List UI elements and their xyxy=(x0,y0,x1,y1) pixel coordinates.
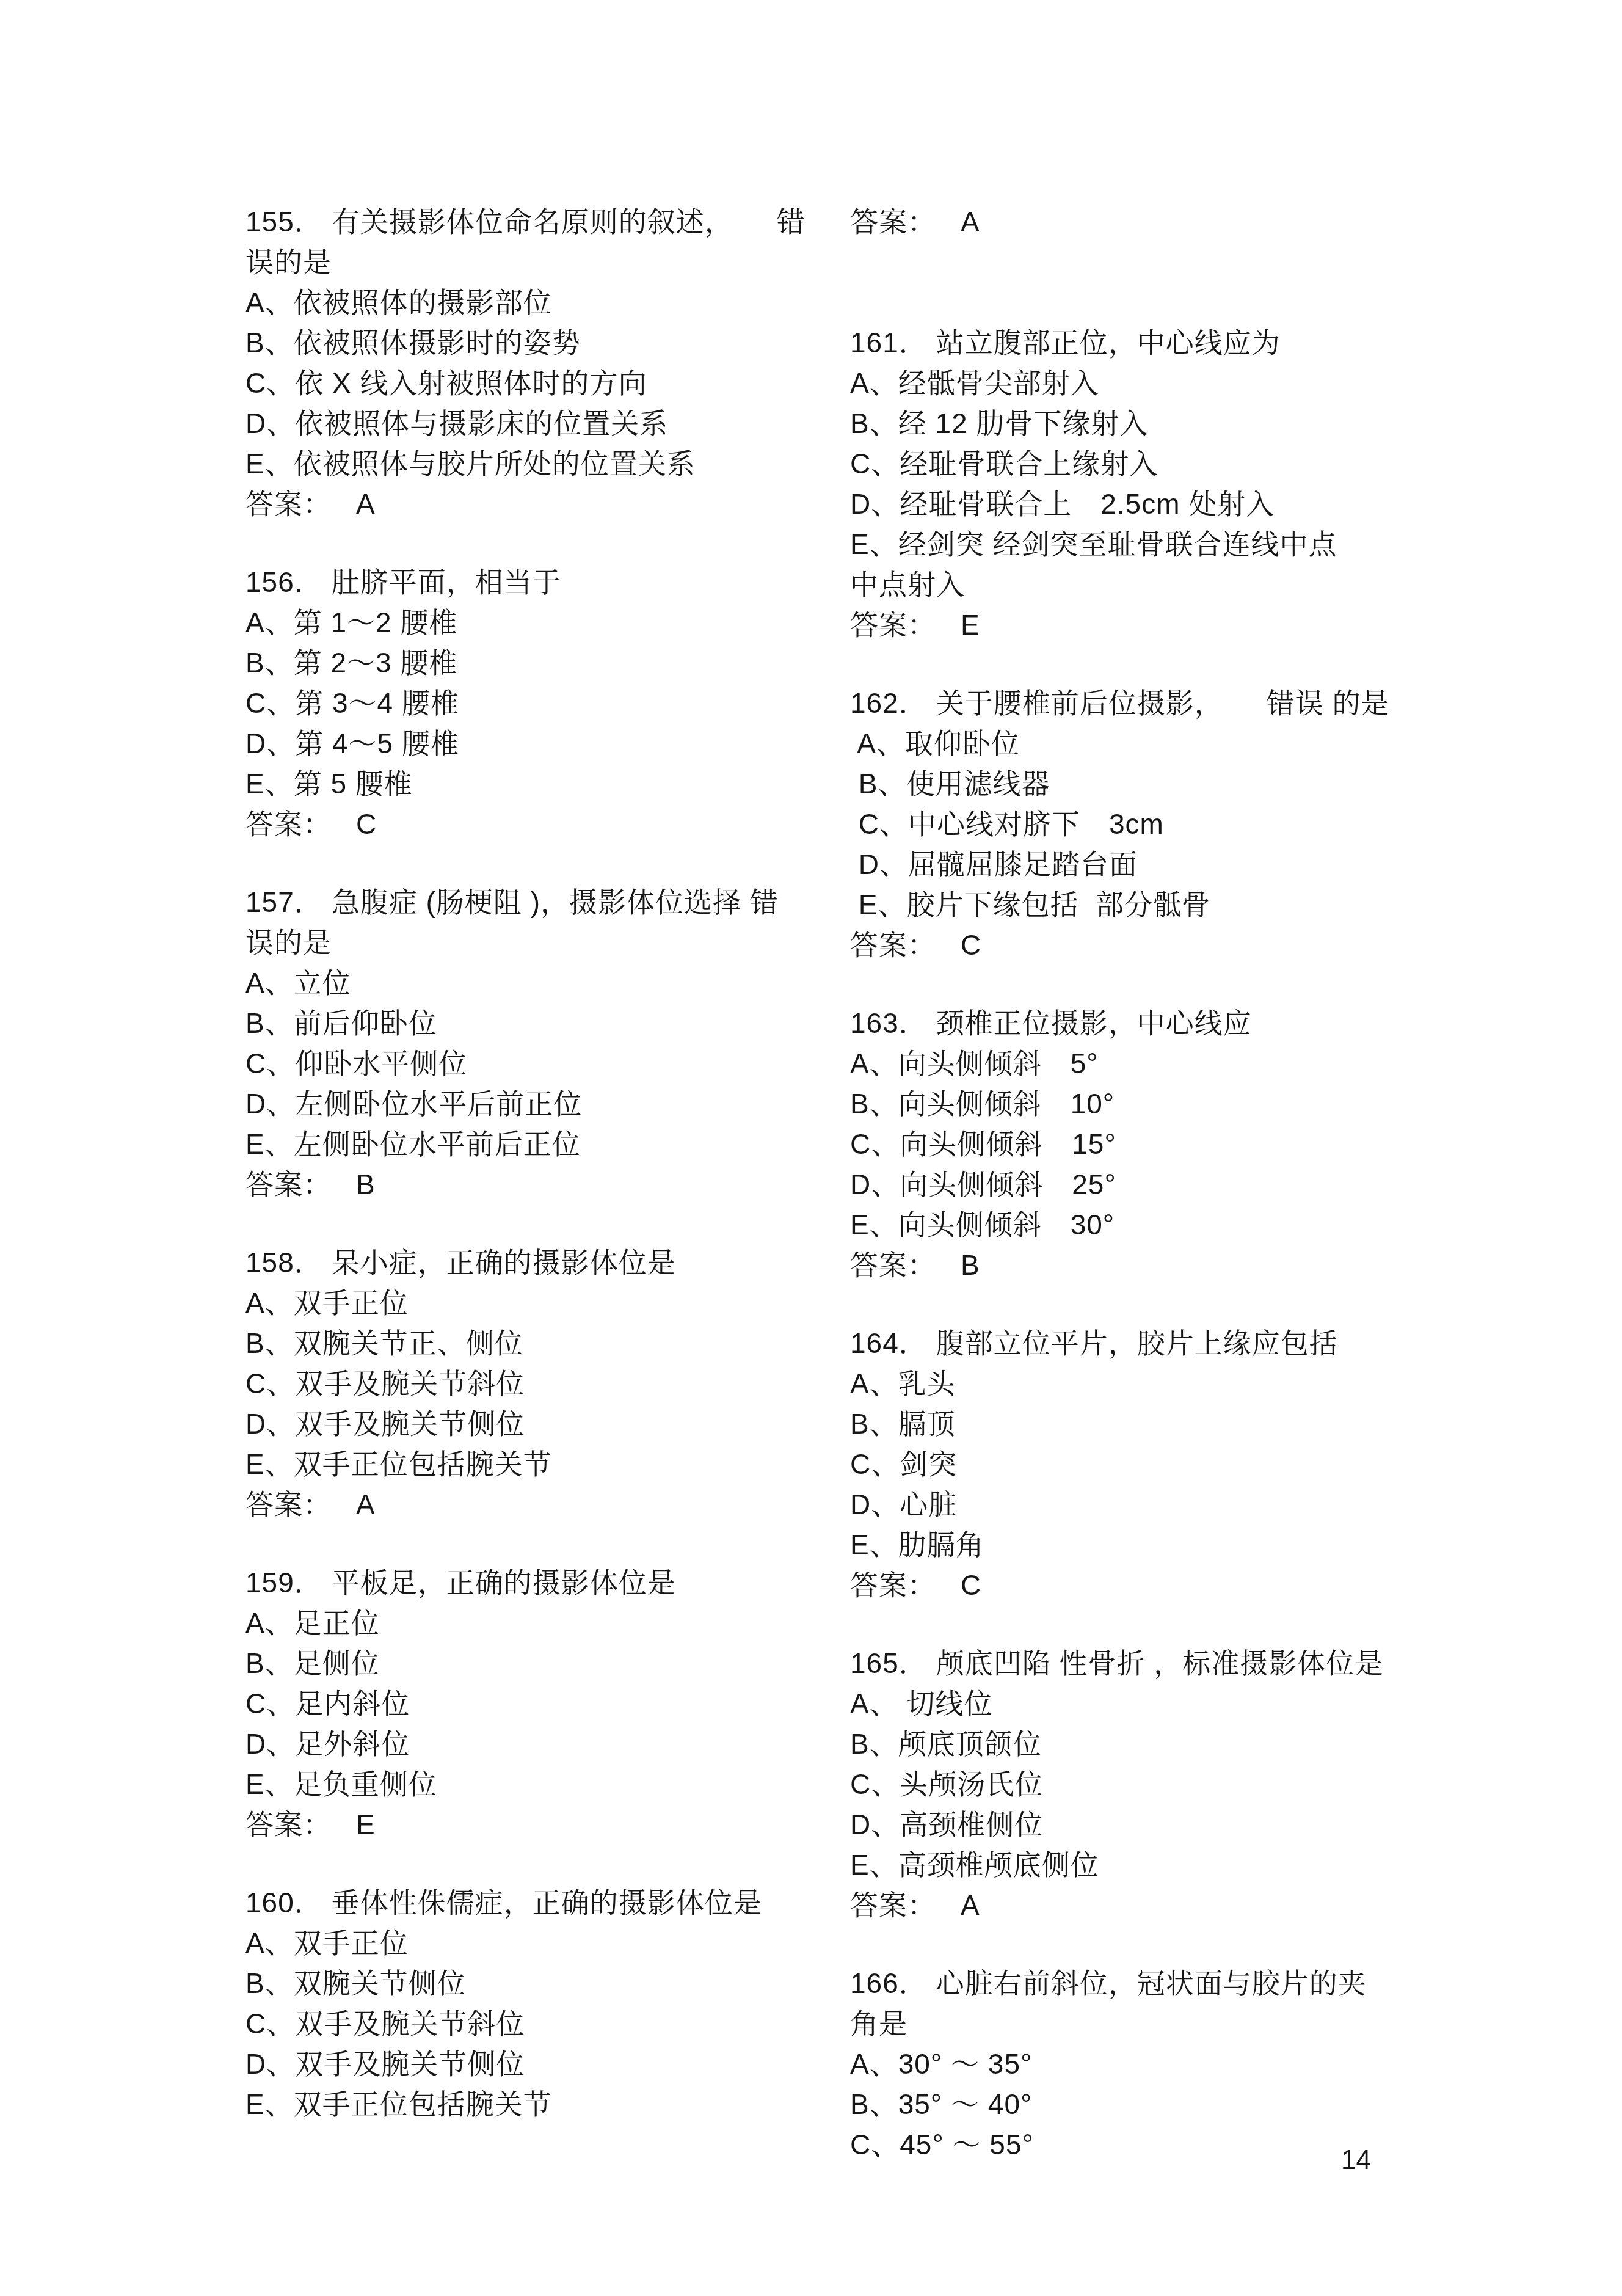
option-line: B、第 2～3 腰椎 xyxy=(245,643,826,683)
option-line: A、第 1～2 腰椎 xyxy=(245,602,826,643)
option-line: A、 切线位 xyxy=(850,1683,1479,1724)
question-number: 166． xyxy=(850,1967,928,1999)
question-title: 159．平板足，正确的摄影体位是 xyxy=(245,1562,826,1603)
question-number: 157． xyxy=(245,886,323,918)
option-line: E、双手正位包括腕关节 xyxy=(245,1444,826,1484)
answer-label: 答案： xyxy=(245,1489,332,1520)
answer-value: C xyxy=(961,1569,981,1601)
answer-value: E xyxy=(356,1809,376,1840)
question-number: 160． xyxy=(245,1887,323,1919)
question-166: 166．心脏右前斜位，冠状面与胶片的夹角是A、30° ～ 35°B、35° ～ … xyxy=(850,1963,1479,2165)
option-line: C、双手及腕关节斜位 xyxy=(245,2003,826,2044)
option-line: E、胶片下缘包括 部分骶骨 xyxy=(850,884,1479,925)
answer-value: C xyxy=(961,929,981,961)
option-line: B、依被照体摄影时的姿势 xyxy=(245,323,826,363)
question-title: 155．有关摄影体位命名原则的叙述， 错 xyxy=(245,202,826,242)
option-line: B、使用滤线器 xyxy=(850,764,1479,804)
question-title: 161．站立腹部正位，中心线应为 xyxy=(850,323,1479,363)
answer-label: 答案： xyxy=(245,488,332,520)
question-157: 157．急腹症 (肠梗阻 )，摄影体位选择 错误的是A、立位B、前后仰卧位C、仰… xyxy=(245,882,826,1204)
option-line: A、依被照体的摄影部位 xyxy=(245,282,826,323)
answer-value: B xyxy=(356,1168,376,1200)
answer-line: 答案：B xyxy=(850,1245,1479,1285)
question-title: 157．急腹症 (肠梗阻 )，摄影体位选择 错 xyxy=(245,882,826,922)
option-line: E、足负重侧位 xyxy=(245,1764,826,1804)
option-line: B、足侧位 xyxy=(245,1643,826,1683)
question-163: 163．颈椎正位摄影，中心线应A、向头侧倾斜 5°B、向头侧倾斜 10°C、向头… xyxy=(850,1003,1479,1285)
answer-line: 答案：E xyxy=(850,605,1479,645)
option-line: D、左侧卧位水平后前正位 xyxy=(245,1084,826,1124)
option-line: A、立位 xyxy=(245,963,826,1003)
option-line: D、第 4～5 腰椎 xyxy=(245,723,826,764)
question-text: 有关摄影体位命名原则的叙述， 错 xyxy=(332,206,806,238)
option-line: C、仰卧水平侧位 xyxy=(245,1043,826,1084)
left-column: 155．有关摄影体位命名原则的叙述， 错误的是A、依被照体的摄影部位B、依被照体… xyxy=(245,202,826,2162)
question-number: 156． xyxy=(245,566,323,598)
option-line: D、心脏 xyxy=(850,1484,1479,1525)
option-line: E、左侧卧位水平前后正位 xyxy=(245,1124,826,1164)
answer-line: 答案：A xyxy=(850,202,1479,242)
question-number: 161． xyxy=(850,327,928,359)
option-line: E、第 5 腰椎 xyxy=(245,764,826,804)
option-line: B、向头侧倾斜 10° xyxy=(850,1084,1479,1124)
document-page: 155．有关摄影体位命名原则的叙述， 错误的是A、依被照体的摄影部位B、依被照体… xyxy=(0,0,1622,2296)
option-line: D、经耻骨联合上 2.5cm 处射入 xyxy=(850,484,1479,524)
answer-label: 答案： xyxy=(245,1168,332,1200)
answer-value: A xyxy=(961,1889,980,1921)
question-text-continued: 误的是 xyxy=(245,922,826,963)
question-number: 159． xyxy=(245,1567,323,1598)
option-line: B、双腕关节侧位 xyxy=(245,1963,826,2003)
option-line: C、双手及腕关节斜位 xyxy=(245,1363,826,1404)
question-159: 159．平板足，正确的摄影体位是A、足正位B、足侧位C、足内斜位D、足外斜位E、… xyxy=(245,1562,826,1845)
option-line: C、第 3～4 腰椎 xyxy=(245,683,826,723)
option-line: C、剑突 xyxy=(850,1444,1479,1484)
question-text: 呆小症，正确的摄影体位是 xyxy=(332,1247,676,1278)
answer-line: 答案：C xyxy=(850,925,1479,965)
question-text: 腹部立位平片，胶片上缘应包括 xyxy=(936,1327,1338,1359)
question-156: 156．肚脐平面，相当于A、第 1～2 腰椎B、第 2～3 腰椎C、第 3～4 … xyxy=(245,562,826,844)
answer-line: 答案：A xyxy=(245,1484,826,1525)
question-161: 161．站立腹部正位，中心线应为A、经骶骨尖部射入B、经 12 肋骨下缘射入C、… xyxy=(850,323,1479,645)
answer-value: B xyxy=(961,1249,980,1281)
answer-label: 答案： xyxy=(850,1249,936,1281)
answer-label: 答案： xyxy=(850,1889,936,1921)
answer-label: 答案： xyxy=(245,808,332,840)
question-title: 160．垂体性侏儒症，正确的摄影体位是 xyxy=(245,1882,826,1923)
answer-label: 答案： xyxy=(850,206,936,238)
right-column: 答案：A161．站立腹部正位，中心线应为A、经骶骨尖部射入B、经 12 肋骨下缘… xyxy=(850,202,1479,2203)
question-164: 164．腹部立位平片，胶片上缘应包括A、乳头B、膈顶C、剑突D、心脏E、肋膈角答… xyxy=(850,1323,1479,1605)
option-line: A、取仰卧位 xyxy=(850,723,1479,764)
option-line: C、足内斜位 xyxy=(245,1683,826,1724)
option-line: B、颅底顶颌位 xyxy=(850,1724,1479,1764)
question-title: 158．呆小症，正确的摄影体位是 xyxy=(245,1242,826,1283)
option-line: A、足正位 xyxy=(245,1603,826,1643)
question-title: 163．颈椎正位摄影，中心线应 xyxy=(850,1003,1479,1043)
question-number: 162． xyxy=(850,687,928,719)
option-line: D、屈髋屈膝足踏台面 xyxy=(850,844,1479,884)
option-line: A、乳头 xyxy=(850,1363,1479,1404)
question-number: 163． xyxy=(850,1007,928,1039)
option-line: D、依被照体与摄影床的位置关系 xyxy=(245,403,826,443)
answer-value: A xyxy=(961,206,980,238)
page-number: 14 xyxy=(1341,2145,1371,2176)
option-line: D、向头侧倾斜 25° xyxy=(850,1164,1479,1204)
option-line: A、30° ～ 35° xyxy=(850,2044,1479,2084)
option-line: B、经 12 肋骨下缘射入 xyxy=(850,403,1479,443)
option-line: A、双手正位 xyxy=(245,1283,826,1323)
question-number: 158． xyxy=(245,1247,323,1278)
option-line: D、高颈椎侧位 xyxy=(850,1804,1479,1845)
option-line: C、中心线对脐下 3cm xyxy=(850,804,1479,844)
answer-line: 答案：A xyxy=(850,1885,1479,1925)
answer-label: 答案： xyxy=(850,1569,936,1601)
option-line: D、双手及腕关节侧位 xyxy=(245,1404,826,1444)
answer-line: 答案：C xyxy=(245,804,826,844)
option-line: A、双手正位 xyxy=(245,1923,826,1963)
question-number: 164． xyxy=(850,1327,928,1359)
option-line: E、双手正位包括腕关节 xyxy=(245,2084,826,2124)
question-text: 平板足，正确的摄影体位是 xyxy=(332,1567,676,1598)
question-title: 164．腹部立位平片，胶片上缘应包括 xyxy=(850,1323,1479,1363)
question-text: 颅底凹陷 性骨折 ，标准摄影体位是 xyxy=(936,1647,1384,1679)
question-text: 心脏右前斜位，冠状面与胶片的夹 xyxy=(936,1967,1367,1999)
question-text: 垂体性侏儒症，正确的摄影体位是 xyxy=(332,1887,762,1919)
question-text-continued: 误的是 xyxy=(245,242,826,282)
question-text: 关于腰椎前后位摄影， 错误 的是 xyxy=(936,687,1390,719)
option-line: A、向头侧倾斜 5° xyxy=(850,1043,1479,1084)
option-line: C、向头侧倾斜 15° xyxy=(850,1124,1479,1164)
question-text: 颈椎正位摄影，中心线应 xyxy=(936,1007,1252,1039)
option-line: C、头颅汤氏位 xyxy=(850,1764,1479,1804)
option-line: B、膈顶 xyxy=(850,1404,1479,1444)
option-continued-line: 中点射入 xyxy=(850,564,1479,605)
option-line: E、肋膈角 xyxy=(850,1525,1479,1565)
question-text: 站立腹部正位，中心线应为 xyxy=(936,327,1281,359)
question-text-continued: 角是 xyxy=(850,2003,1479,2044)
question-text: 肚脐平面，相当于 xyxy=(332,566,561,598)
option-line: C、依 X 线入射被照体时的方向 xyxy=(245,363,826,403)
option-line: B、35° ～ 40° xyxy=(850,2084,1479,2124)
question-number: 155． xyxy=(245,206,323,238)
question-title: 166．心脏右前斜位，冠状面与胶片的夹 xyxy=(850,1963,1479,2003)
answer-line: 答案：A xyxy=(245,484,826,524)
option-line: C、经耻骨联合上缘射入 xyxy=(850,443,1479,484)
answer-line: 答案：B xyxy=(245,1164,826,1204)
answer-label: 答案： xyxy=(850,609,936,641)
answer-label: 答案： xyxy=(245,1809,332,1840)
option-line: E、向头侧倾斜 30° xyxy=(850,1204,1479,1245)
question-number: 165． xyxy=(850,1647,928,1679)
question-title: 162．关于腰椎前后位摄影， 错误 的是 xyxy=(850,683,1479,723)
option-line: B、前后仰卧位 xyxy=(245,1003,826,1043)
option-line: C、45° ～ 55° xyxy=(850,2124,1479,2165)
question-162: 162．关于腰椎前后位摄影， 错误 的是 A、取仰卧位 B、使用滤线器 C、中心… xyxy=(850,683,1479,965)
option-line: E、经剑突 经剑突至耻骨联合连线中点 xyxy=(850,524,1479,564)
question-title: 156．肚脐平面，相当于 xyxy=(245,562,826,602)
option-line: D、双手及腕关节侧位 xyxy=(245,2044,826,2084)
option-line: E、依被照体与胶片所处的位置关系 xyxy=(245,443,826,484)
answer-value: E xyxy=(961,609,980,641)
answer-label: 答案： xyxy=(850,929,936,961)
question-155: 155．有关摄影体位命名原则的叙述， 错误的是A、依被照体的摄影部位B、依被照体… xyxy=(245,202,826,524)
question-text: 急腹症 (肠梗阻 )，摄影体位选择 错 xyxy=(332,886,779,918)
answer-value: A xyxy=(356,488,376,520)
answer-line: 答案：E xyxy=(245,1804,826,1845)
option-line: D、足外斜位 xyxy=(245,1724,826,1764)
answer-value: C xyxy=(356,808,377,840)
question-title: 165．颅底凹陷 性骨折 ，标准摄影体位是 xyxy=(850,1643,1479,1683)
question-158: 158．呆小症，正确的摄影体位是A、双手正位B、双腕关节正、侧位C、双手及腕关节… xyxy=(245,1242,826,1525)
question-160: 160．垂体性侏儒症，正确的摄影体位是A、双手正位B、双腕关节侧位C、双手及腕关… xyxy=(245,1882,826,2124)
option-line: E、高颈椎颅底侧位 xyxy=(850,1845,1479,1885)
option-line: A、经骶骨尖部射入 xyxy=(850,363,1479,403)
answer-value: A xyxy=(356,1489,376,1520)
question-165: 165．颅底凹陷 性骨折 ，标准摄影体位是A、 切线位B、颅底顶颌位C、头颅汤氏… xyxy=(850,1643,1479,1925)
option-line: B、双腕关节正、侧位 xyxy=(245,1323,826,1363)
answer-line: 答案：C xyxy=(850,1565,1479,1605)
